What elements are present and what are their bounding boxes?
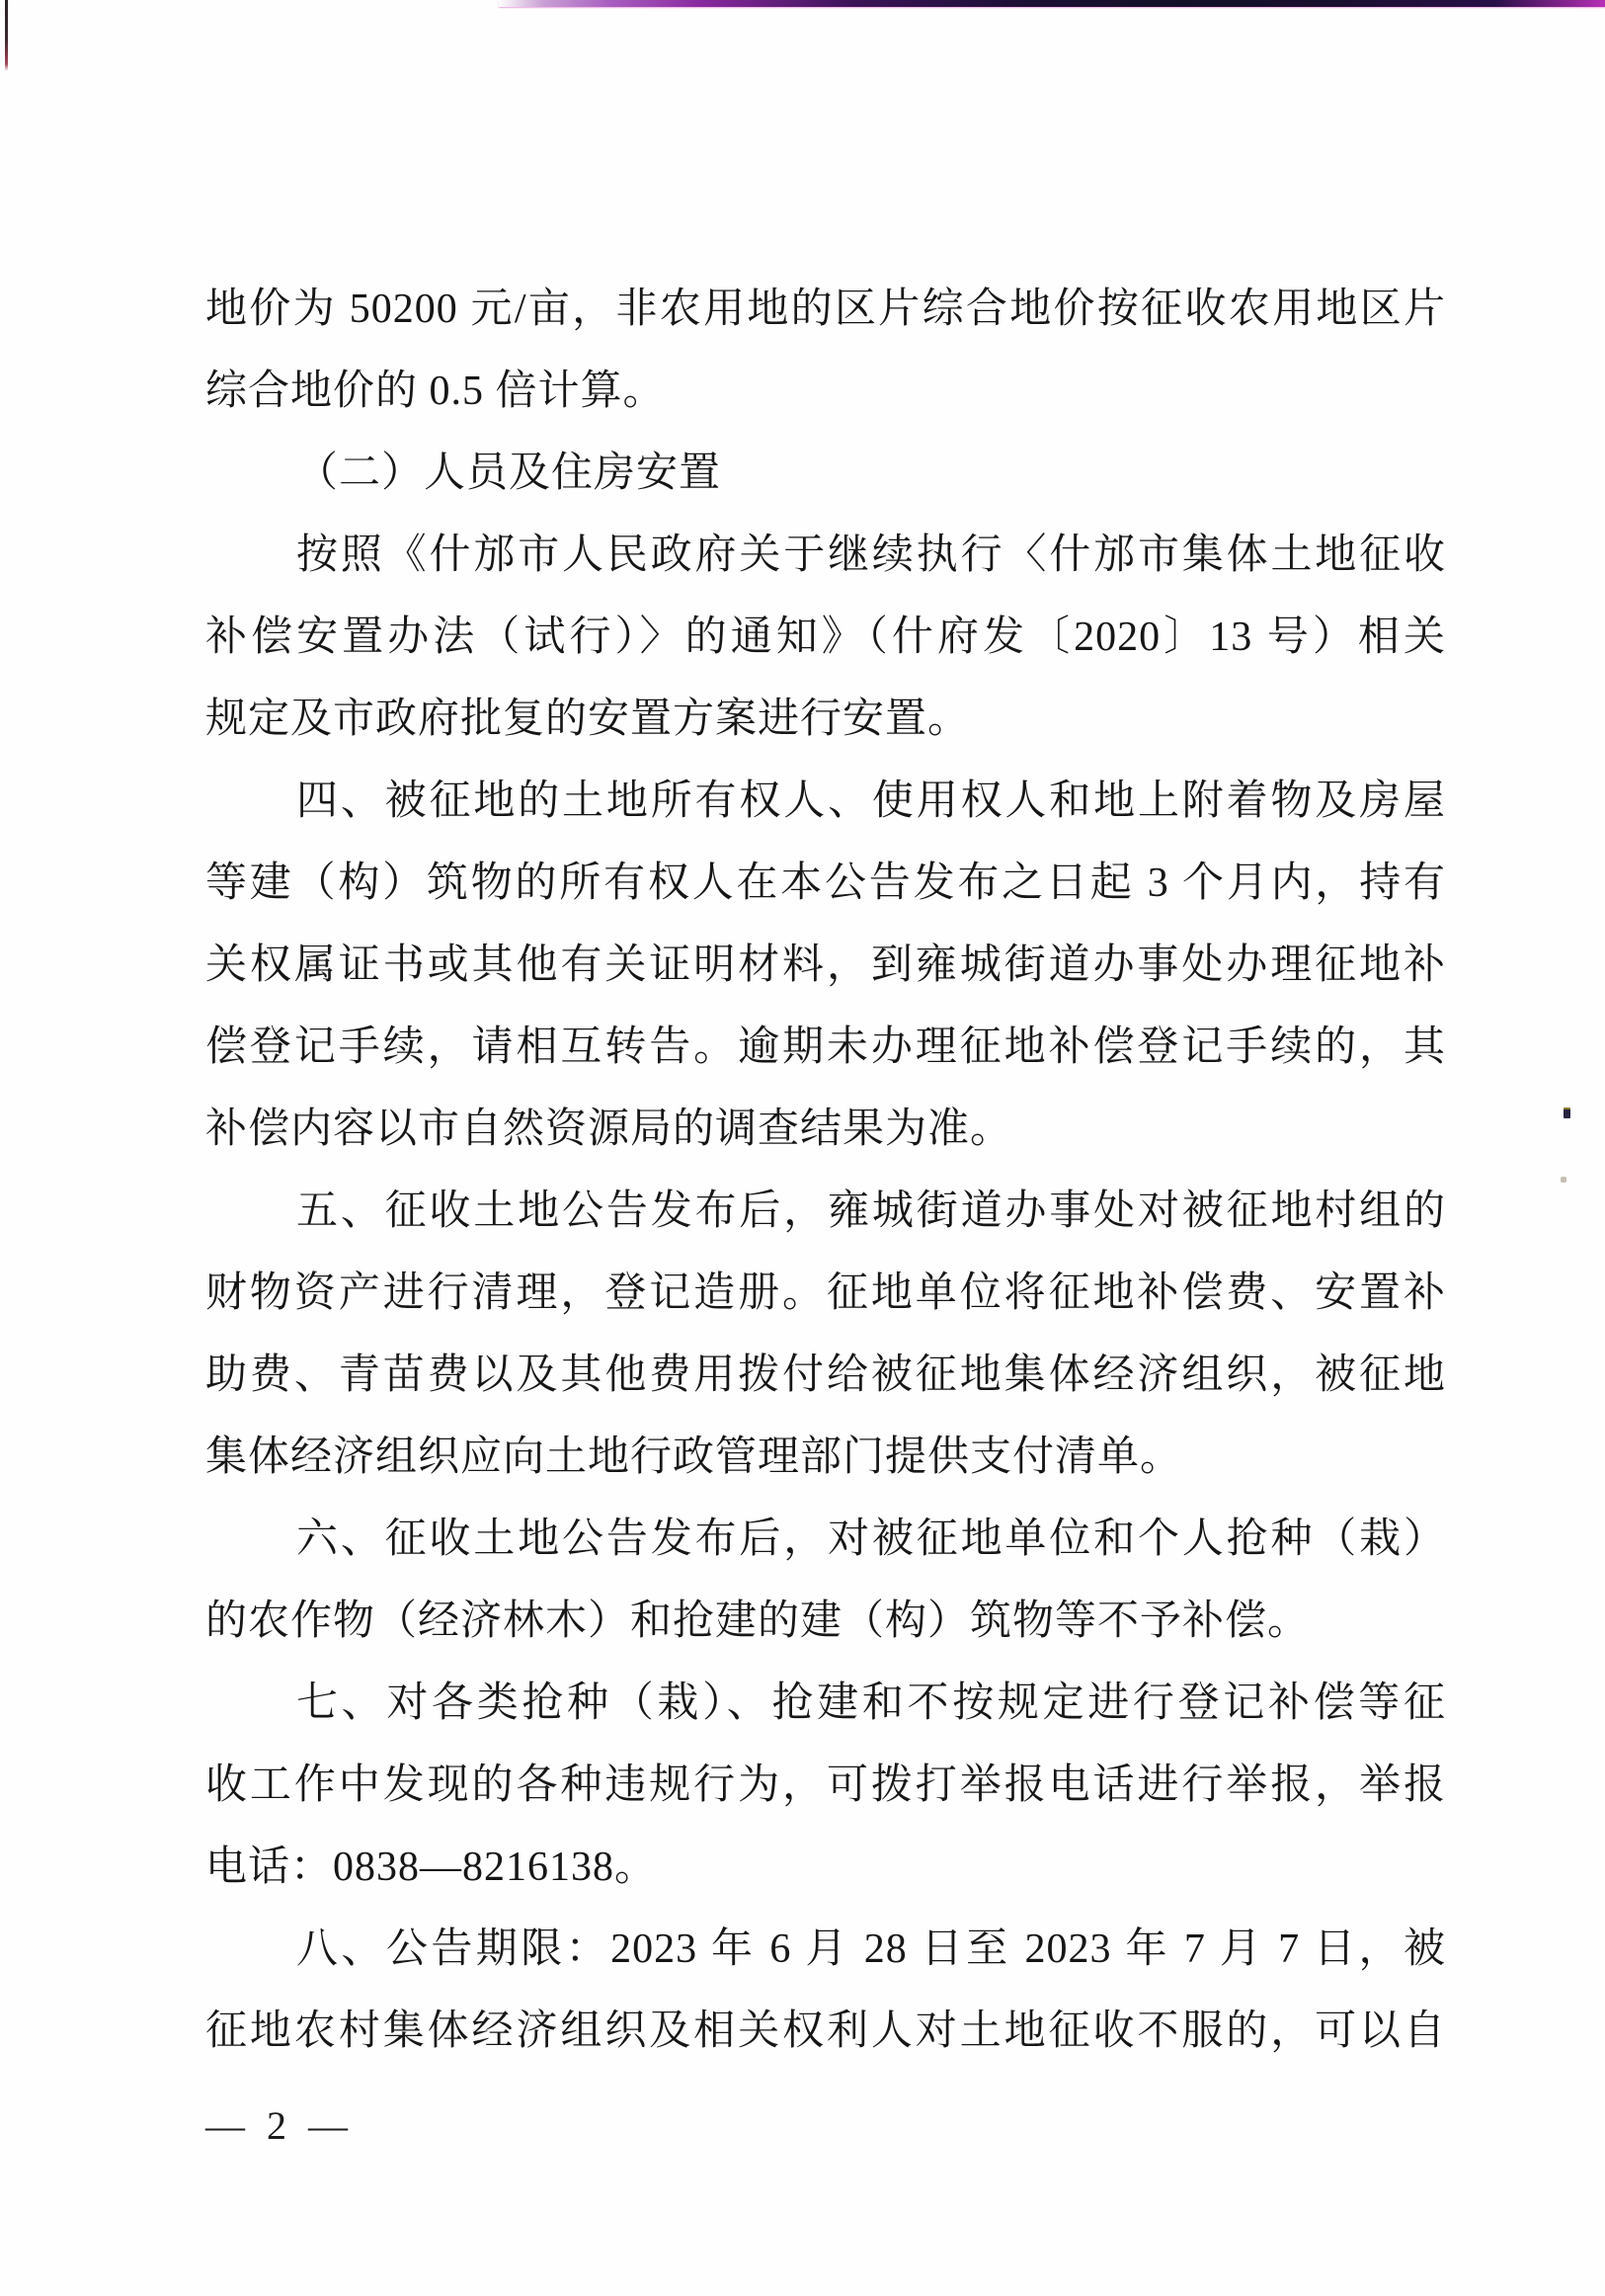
- text-line: 补偿安置办法（试行）〉的通知》（什府发〔2020〕13 号）相关: [205, 597, 1446, 679]
- text-line: 等建（构）筑物的所有权人在本公告发布之日起 3 个月内，持有: [205, 843, 1446, 925]
- text-line: 财物资产进行清理，登记造册。征地单位将征地补偿费、安置补: [205, 1253, 1446, 1335]
- text-line: 七、对各类抢种（栽）、抢建和不按规定进行登记补偿等征: [205, 1663, 1446, 1745]
- section-heading: （二）人员及住房安置: [205, 433, 1446, 515]
- document-body: 地价为 50200 元/亩，非农用地的区片综合地价按征收农用地区片 综合地价的 …: [205, 269, 1446, 2073]
- text-line: 地价为 50200 元/亩，非农用地的区片综合地价按征收农用地区片: [205, 269, 1446, 351]
- text-line: 八、公告期限：2023 年 6 月 28 日至 2023 年 7 月 7 日，被: [205, 1909, 1446, 1991]
- text-line: 的农作物（经济林木）和抢建的建（构）筑物等不予补偿。: [205, 1581, 1446, 1663]
- text-line: 规定及市政府批复的安置方案进行安置。: [205, 679, 1446, 761]
- text-line: 五、征收土地公告发布后，雍城街道办事处对被征地村组的: [205, 1171, 1446, 1253]
- text-line: 补偿内容以市自然资源局的调查结果为准。: [205, 1089, 1446, 1171]
- document-page: 地价为 50200 元/亩，非农用地的区片综合地价按征收农用地区片 综合地价的 …: [0, 0, 1605, 2296]
- scan-speck: [1561, 1177, 1566, 1183]
- text-line: 集体经济组织应向土地行政管理部门提供支付清单。: [205, 1417, 1446, 1499]
- scan-artifact-top-stripe: [499, 0, 1605, 7]
- text-line: 征地农村集体经济组织及相关权利人对土地征收不服的，可以自: [205, 1991, 1446, 2073]
- scan-artifact-left-edge-line: [5, 0, 8, 71]
- text-line: 关权属证书或其他有关证明材料，到雍城街道办事处办理征地补: [205, 925, 1446, 1007]
- text-line: 电话：0838—8216138。: [205, 1827, 1446, 1909]
- text-line: 综合地价的 0.5 倍计算。: [205, 351, 1446, 433]
- text-line: 收工作中发现的各种违规行为，可拨打举报电话进行举报，举报: [205, 1745, 1446, 1827]
- scan-speck: [1564, 1107, 1570, 1118]
- text-line: 助费、青苗费以及其他费用拨付给被征地集体经济组织，被征地: [205, 1335, 1446, 1417]
- text-line: 四、被征地的土地所有权人、使用权人和地上附着物及房屋: [205, 761, 1446, 843]
- text-line: 六、征收土地公告发布后，对被征地单位和个人抢种（栽）: [205, 1499, 1446, 1581]
- text-line: 按照《什邡市人民政府关于继续执行〈什邡市集体土地征收: [205, 515, 1446, 597]
- page-number: — 2 —: [205, 2102, 354, 2150]
- text-line: 偿登记手续，请相互转告。逾期未办理征地补偿登记手续的，其: [205, 1007, 1446, 1089]
